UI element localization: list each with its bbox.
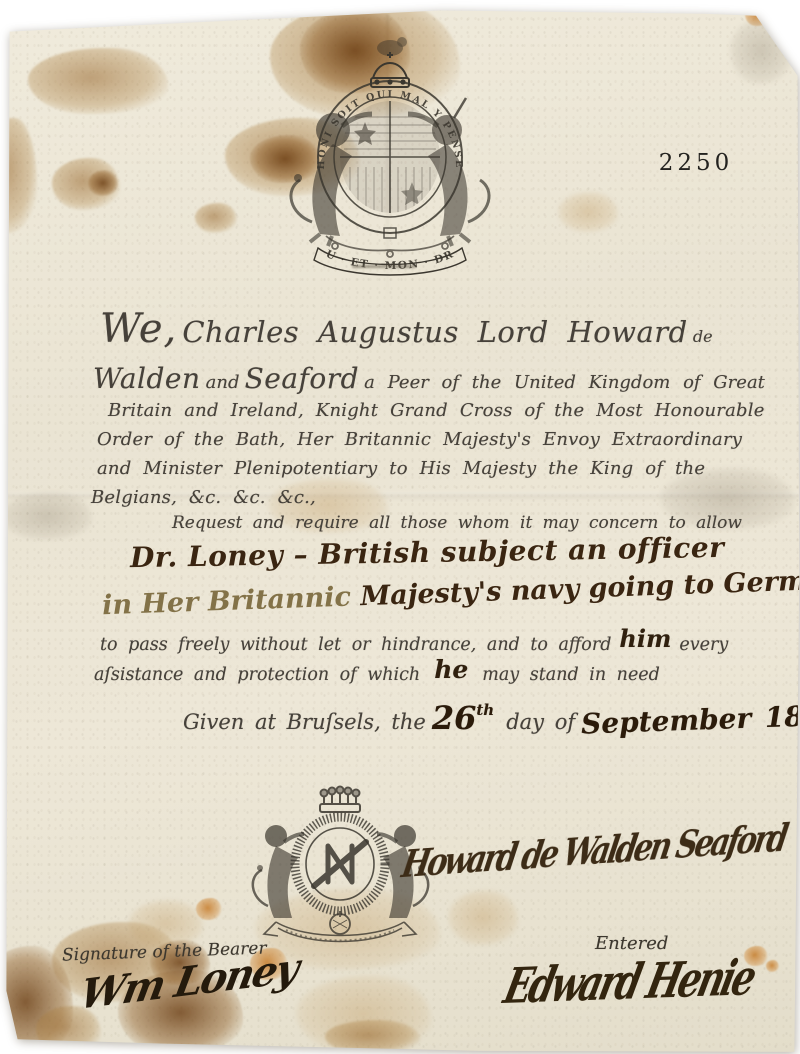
word-de: de <box>693 327 713 346</box>
stain <box>448 890 518 945</box>
monogram-medallion <box>295 817 385 911</box>
day-of-text: day of <box>506 710 575 734</box>
stain <box>745 4 771 26</box>
faded-ink-text: in Her Britannic <box>102 582 352 622</box>
pass-clause-line-1: to pass freely without let or hindrance,… <box>100 627 728 656</box>
issuer-name: Charles Augustus Lord Howard <box>182 315 687 349</box>
handwritten-he: he <box>434 655 468 684</box>
handwritten-day: 26 <box>432 699 477 737</box>
stain <box>0 118 37 233</box>
pendant-medal-icon <box>330 911 350 934</box>
stain <box>766 960 779 972</box>
document-number: 2250 <box>636 150 756 176</box>
title-line-4: Order of the Bath, Her Britannic Majesty… <box>97 429 742 450</box>
word-walden: Walden <box>93 362 201 395</box>
entered-label: Entered <box>595 933 668 954</box>
stain <box>325 1020 420 1054</box>
stain <box>195 203 237 233</box>
issuer-signature: Howard de Walden Seaford <box>399 816 789 887</box>
request-clause: Request and require all those whom it ma… <box>172 513 742 533</box>
scanned-passport-document: HONI SOIT QUI MAL Y PENSE <box>0 0 800 1054</box>
titles-text: a Peer of the United Kingdom of Great <box>364 372 765 393</box>
crest-ribbon <box>264 922 416 942</box>
title-line-2: Walden and Seaford a Peer of the United … <box>93 362 765 395</box>
stain <box>28 48 168 114</box>
stain <box>196 898 222 920</box>
word-we: We, <box>100 306 177 352</box>
stain <box>730 18 792 84</box>
stain <box>88 170 118 196</box>
title-line-3: Britain and Ireland, Knight Grand Cross … <box>108 400 765 421</box>
opening-line: We, Charles Augustus Lord Howard de <box>100 306 712 352</box>
stain <box>558 192 618 232</box>
stain <box>2 492 92 540</box>
dateline: Given at Bruſsels, the26thday ofSeptembe… <box>183 699 800 737</box>
crest-lion-icon <box>377 37 407 56</box>
handwritten-him: him <box>619 624 671 653</box>
quartered-shield <box>340 101 440 213</box>
stain <box>296 975 431 1053</box>
pass-clause-line-2: aſsistance and protection of whichhemay … <box>94 657 660 686</box>
word-and: and <box>206 372 240 393</box>
printed-text: may stand in need <box>482 665 660 685</box>
entered-signature: Edward Henie <box>499 949 759 1015</box>
title-line-6: Belgians, &c. &c. &c., <box>91 487 316 508</box>
handwritten-ordinal: th <box>476 701 494 719</box>
handwritten-date: September 1860 <box>581 698 800 740</box>
title-line-5: and Minister Plenipotentiary to His Maje… <box>97 458 705 479</box>
coronet-icon <box>320 787 360 813</box>
engraver-imprint <box>352 265 416 268</box>
stain <box>52 158 120 210</box>
compartment-scrollwork <box>326 236 454 257</box>
bearer-entry-continuation: Majesty's navy going to Germany <box>350 564 800 613</box>
printed-text: to pass freely without let or hindrance,… <box>100 635 611 655</box>
word-seaford: Seaford <box>245 362 359 395</box>
printed-text: every <box>679 635 728 655</box>
paper-sheet: HONI SOIT QUI MAL Y PENSE <box>0 0 800 1054</box>
bearer-entry-line-1: Dr. Loney – British subject an officer <box>130 531 725 574</box>
given-at-text: Given at Bruſsels, the <box>183 710 426 734</box>
royal-coat-of-arms: HONI SOIT QUI MAL Y PENSE <box>240 22 540 272</box>
printed-text: aſsistance and protection of which <box>94 665 420 685</box>
